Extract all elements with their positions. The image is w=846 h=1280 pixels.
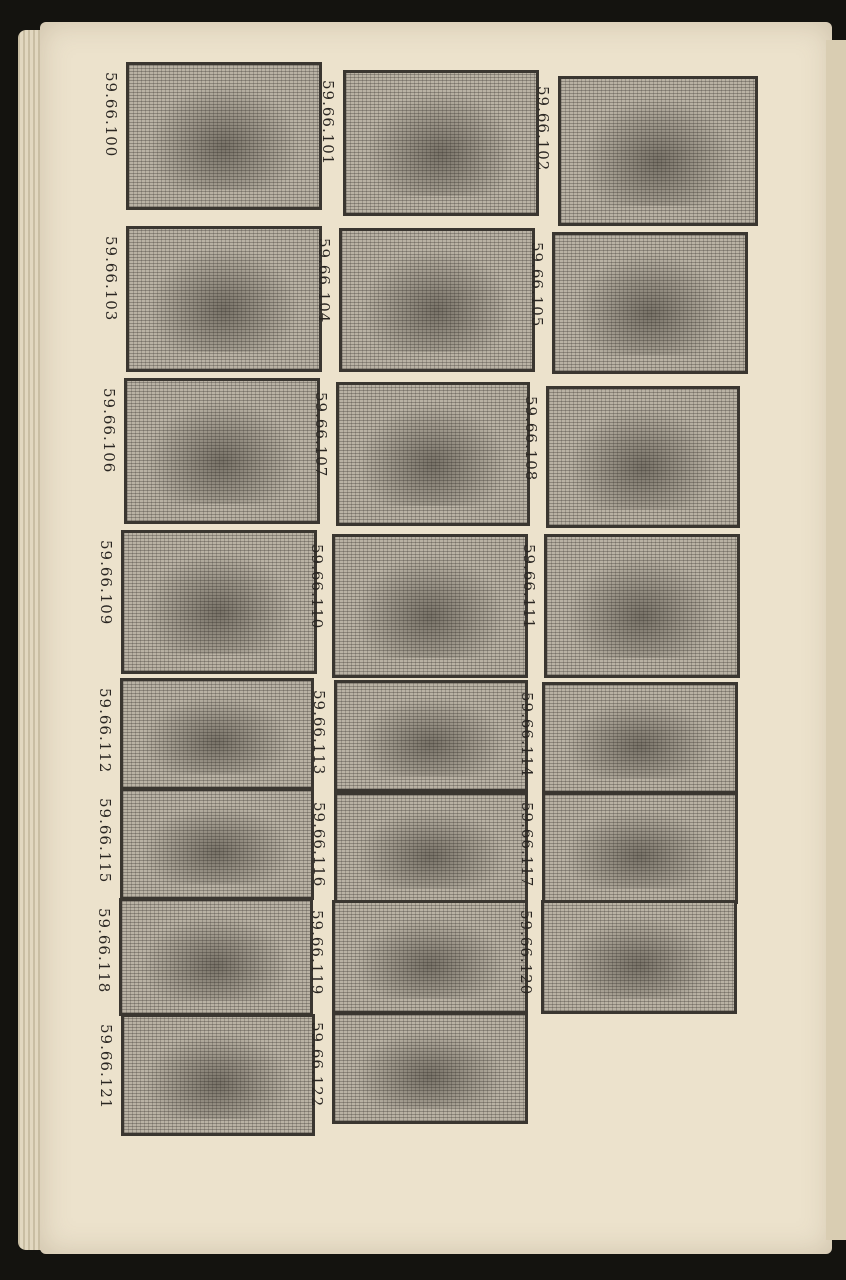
accession-number: 59.66.104 <box>315 238 333 323</box>
woodcut-print <box>339 228 535 372</box>
woodcut-print <box>542 792 738 904</box>
woodcut-print <box>119 898 313 1016</box>
woodcut-print <box>120 678 314 790</box>
woodcut-print <box>126 62 322 210</box>
accession-number: 59.66.108 <box>522 396 540 481</box>
accession-number: 59.66.101 <box>319 80 337 165</box>
accession-number: 59.66.118 <box>95 908 113 993</box>
accession-number: 59.66.116 <box>310 802 328 887</box>
accession-number: 59.66.105 <box>528 242 546 327</box>
woodcut-print <box>121 530 317 674</box>
woodcut-print <box>124 378 320 524</box>
accession-number: 59.66.120 <box>517 910 535 995</box>
accession-number: 59.66.122 <box>308 1022 326 1107</box>
woodcut-print <box>343 70 539 216</box>
woodcut-print <box>332 900 528 1014</box>
woodcut-print <box>334 680 528 792</box>
accession-number: 59.66.119 <box>308 910 326 995</box>
accession-number: 59.66.107 <box>312 392 330 477</box>
accession-number: 59.66.113 <box>310 690 328 775</box>
accession-number: 59.66.111 <box>520 544 538 629</box>
woodcut-print <box>126 226 322 372</box>
woodcut-print <box>544 534 740 678</box>
accession-number: 59.66.112 <box>96 688 114 773</box>
woodcut-print <box>332 1012 528 1124</box>
woodcut-print <box>541 900 737 1014</box>
woodcut-print <box>120 788 314 900</box>
accession-number: 59.66.100 <box>102 72 120 157</box>
woodcut-print <box>552 232 748 374</box>
woodcut-print <box>121 1014 315 1136</box>
accession-number: 59.66.103 <box>102 236 120 321</box>
accession-number: 59.66.115 <box>96 798 114 883</box>
accession-number: 59.66.114 <box>518 692 536 777</box>
facing-page-edge <box>826 40 846 1240</box>
accession-number: 59.66.106 <box>100 388 118 473</box>
woodcut-print <box>334 792 528 904</box>
woodcut-print <box>336 382 530 526</box>
accession-number: 59.66.110 <box>308 544 326 629</box>
accession-number: 59.66.117 <box>518 802 536 887</box>
woodcut-print <box>332 534 528 678</box>
accession-number: 59.66.121 <box>97 1024 115 1109</box>
accession-number: 59.66.109 <box>97 540 115 625</box>
accession-number: 59.66.102 <box>534 86 552 171</box>
woodcut-print <box>542 682 738 794</box>
woodcut-print <box>558 76 758 226</box>
woodcut-print <box>546 386 740 528</box>
